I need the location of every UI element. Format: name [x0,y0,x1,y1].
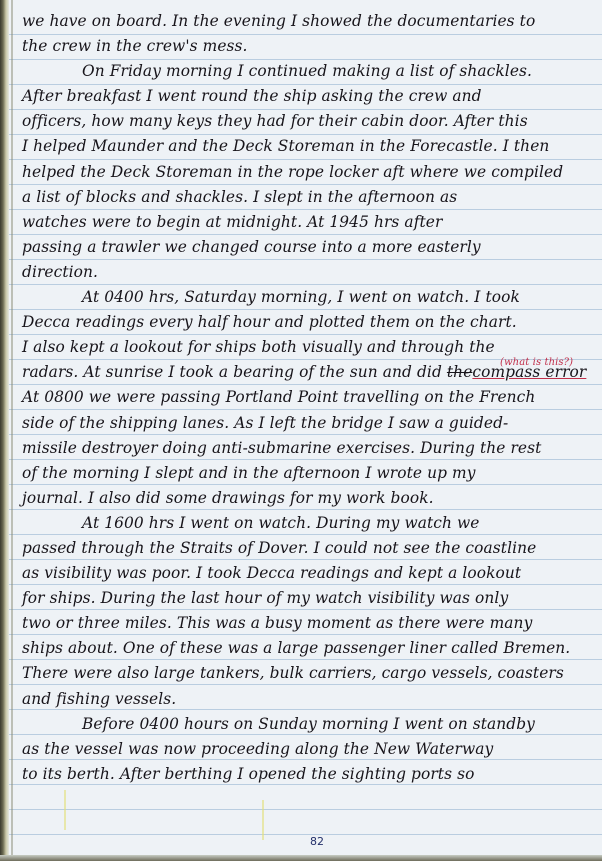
text-line: side of the shipping lanes. As I left th… [22,411,602,436]
text-line: ships about. One of these was a large pa… [22,636,602,661]
paragraph-start-line: On Friday morning I continued making a l… [22,59,602,84]
text-line: as the vessel was now proceeding along t… [22,737,602,762]
text-line: to its berth. After berthing I opened th… [22,762,602,787]
paragraph-start-line: At 1600 hrs I went on watch. During my w… [22,511,602,536]
text-line: watches were to begin at midnight. At 19… [22,210,602,235]
margin-annotation: (what is this?) [500,350,573,375]
page-number: 82 [310,835,324,848]
text-line: two or three miles. This was a busy mome… [22,611,602,636]
text-line: the crew in the crew's mess. [22,34,602,59]
page-bottom-edge [0,855,602,861]
text-line: officers, how many keys they had for the… [22,109,602,134]
binding-crease [11,0,13,861]
text-line: for ships. During the last hour of my wa… [22,586,602,611]
paragraph-start-line: Before 0400 hours on Sunday morning I we… [22,712,602,737]
text-line: I helped Maunder and the Deck Storeman i… [22,134,602,159]
text-line: and fishing vessels. [22,687,602,712]
text-line: Decca readings every half hour and plott… [22,310,602,335]
text-line: helped the Deck Storeman in the rope loc… [22,160,602,185]
highlighter-mark [262,800,264,840]
highlighter-mark [64,790,66,830]
text-line: passed through the Straits of Dover. I c… [22,536,602,561]
text-line: as visibility was poor. I took Decca rea… [22,561,602,586]
text-line: After breakfast I went round the ship as… [22,84,602,109]
journal-page: we have on board. In the evening I showe… [0,0,602,861]
text-line: passing a trawler we changed course into… [22,235,602,260]
paragraph-start-line: At 0400 hrs, Saturday morning, I went on… [22,285,602,310]
handwritten-text: we have on board. In the evening I showe… [22,9,602,787]
text-line: we have on board. In the evening I showe… [22,9,602,34]
text-line: direction. [22,260,602,285]
text-line: journal. I also did some drawings for my… [22,486,602,511]
text-line: missile destroyer doing anti-submarine e… [22,436,602,461]
notebook-binding [0,0,9,861]
text-line: There were also large tankers, bulk carr… [22,661,602,686]
text-line: At 0800 we were passing Portland Point t… [22,385,602,410]
text-line: of the morning I slept and in the aftern… [22,461,602,486]
struck-word: the [447,363,473,381]
text-segment: radars. At sunrise I took a bearing of t… [22,363,447,381]
annotated-line: radars. At sunrise I took a bearing of t… [22,360,602,385]
text-line: a list of blocks and shackles. I slept i… [22,185,602,210]
